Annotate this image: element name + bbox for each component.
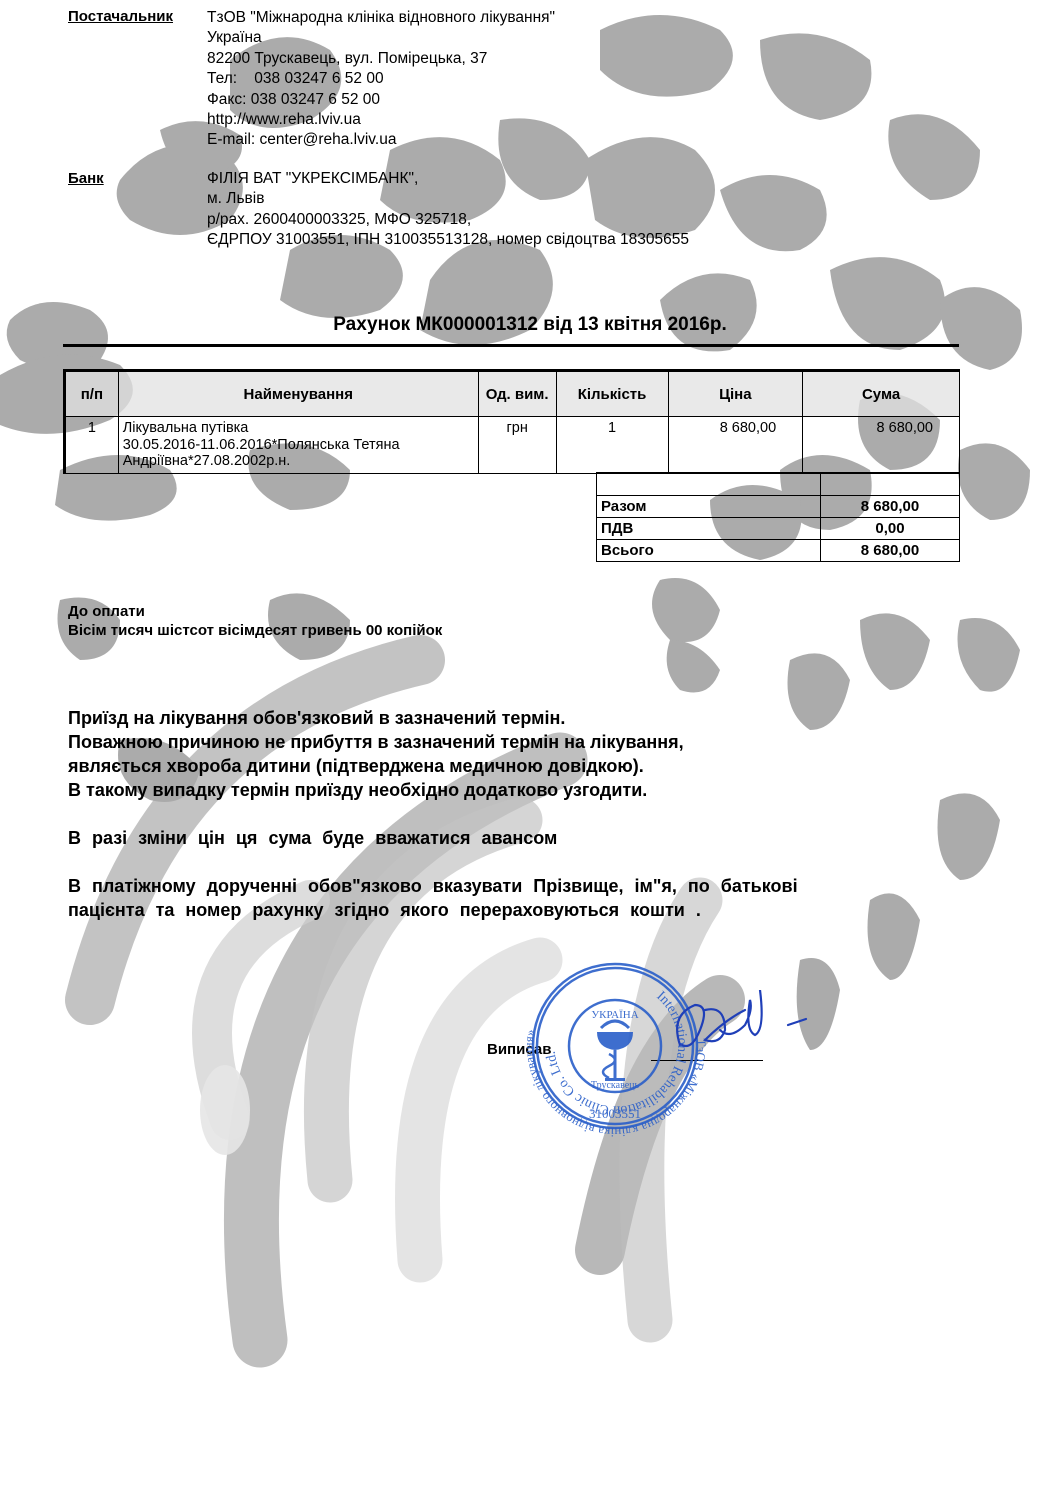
bowl-of-hygieia-icon [597,1021,633,1081]
totals-table: Разом 8 680,00 ПДВ 0,00 Всього 8 680,00 [596,472,960,562]
supplier-name: ТзОВ "Міжнародна клініка відновного ліку… [207,8,555,28]
invoice-document: Постачальник ТзОВ "Міжнародна клініка ві… [0,0,1060,1500]
stamp-code: 31003551 [589,1106,641,1121]
cell-name: Лікувальна путівка 30.05.2016-11.06.2016… [118,417,478,474]
items-table: п/п Найменування Од. вим. Кількість Ціна… [63,369,960,474]
totals-spacer-row [597,473,960,496]
header-price: Ціна [668,371,803,417]
cell-number: 1 [65,417,119,474]
subtotal-label: Разом [597,496,821,518]
item-name-line: Андріївна*27.08.2002р.н. [123,453,474,470]
terms-notes: Приїзд на лікування обов'язковий в зазна… [68,706,798,922]
arrival-note-line: Поважною причиною не прибуття в зазначен… [68,730,798,754]
arrival-note-line: являється хвороба дитини (підтверджена м… [68,754,798,778]
total-label: Всього [597,540,821,562]
stamp-city: Трускавець [591,1080,640,1091]
cell-sum: 8 680,00 [803,417,960,474]
totals-total-row: Всього 8 680,00 [597,540,960,562]
amount-to-pay: До оплати Вісім тисяч шістсот вісімдесят… [68,602,442,640]
bank-account: р/рах. 2600400003325, МФО 325718, [207,210,689,230]
arrival-note-line: В такому випадку термін приїзду необхідн… [68,778,798,802]
header-sum: Сума [803,371,960,417]
bank-name: ФІЛІЯ ВАТ "УКРЕКСІМБАНК", [207,169,689,189]
bank-codes: ЄДРПОУ 31003551, ІПН 310035513128, номер… [207,230,689,250]
bank-city: м. Львів [207,189,689,209]
price-change-note: В разі зміни цін ця сума буде вважатися … [68,826,798,850]
item-name-line: 30.05.2016-11.06.2016*Полянська Тетяна [123,437,474,454]
handwritten-signature-icon [660,990,810,1070]
bank-details: ФІЛІЯ ВАТ "УКРЕКСІМБАНК", м. Львів р/рах… [207,169,689,251]
supplier-label: Постачальник [68,8,173,25]
supplier-details: ТзОВ "Міжнародна клініка відновного ліку… [207,8,555,151]
invoice-title: Рахунок МК000001312 від 13 квітня 2016р. [0,314,1060,336]
total-value: 8 680,00 [821,540,960,562]
supplier-fax: Факс: 038 03247 6 52 00 [207,90,555,110]
table-row: 1 Лікувальна путівка 30.05.2016-11.06.20… [65,417,960,474]
amount-in-words: Вісім тисяч шістсот вісімдесят гривень 0… [68,621,442,640]
table-header-row: п/п Найменування Од. вим. Кількість Ціна… [65,371,960,417]
bank-label: Банк [68,170,104,187]
title-divider [63,344,959,347]
cell-price: 8 680,00 [668,417,803,474]
header-name: Найменування [118,371,478,417]
header-unit: Од. вим. [478,371,556,417]
subtotal-value: 8 680,00 [821,496,960,518]
payment-note-line: пацієнта та номер рахунку згідно якого п… [68,898,798,922]
totals-vat-row: ПДВ 0,00 [597,518,960,540]
item-name-line: Лікувальна путівка [123,420,474,437]
supplier-website[interactable]: http://www.reha.lviv.ua [207,110,555,130]
payment-note-line: В платіжному дорученні обов"язково вказу… [68,874,798,898]
cell-unit: грн [478,417,556,474]
supplier-email[interactable]: E-mail: center@reha.lviv.ua [207,130,555,150]
stamp-country: УКРАЇНА [591,1009,638,1021]
vat-label: ПДВ [597,518,821,540]
supplier-phone: Тел: 038 03247 6 52 00 [207,69,555,89]
header-number: п/п [65,371,119,417]
totals-subtotal-row: Разом 8 680,00 [597,496,960,518]
vat-value: 0,00 [821,518,960,540]
supplier-country: Україна [207,28,555,48]
cell-quantity: 1 [556,417,668,474]
to-pay-label: До оплати [68,602,442,621]
arrival-note-line: Приїзд на лікування обов'язковий в зазна… [68,706,798,730]
supplier-address: 82200 Трускавець, вул. Помірецька, 37 [207,49,555,69]
header-quantity: Кількість [556,371,668,417]
